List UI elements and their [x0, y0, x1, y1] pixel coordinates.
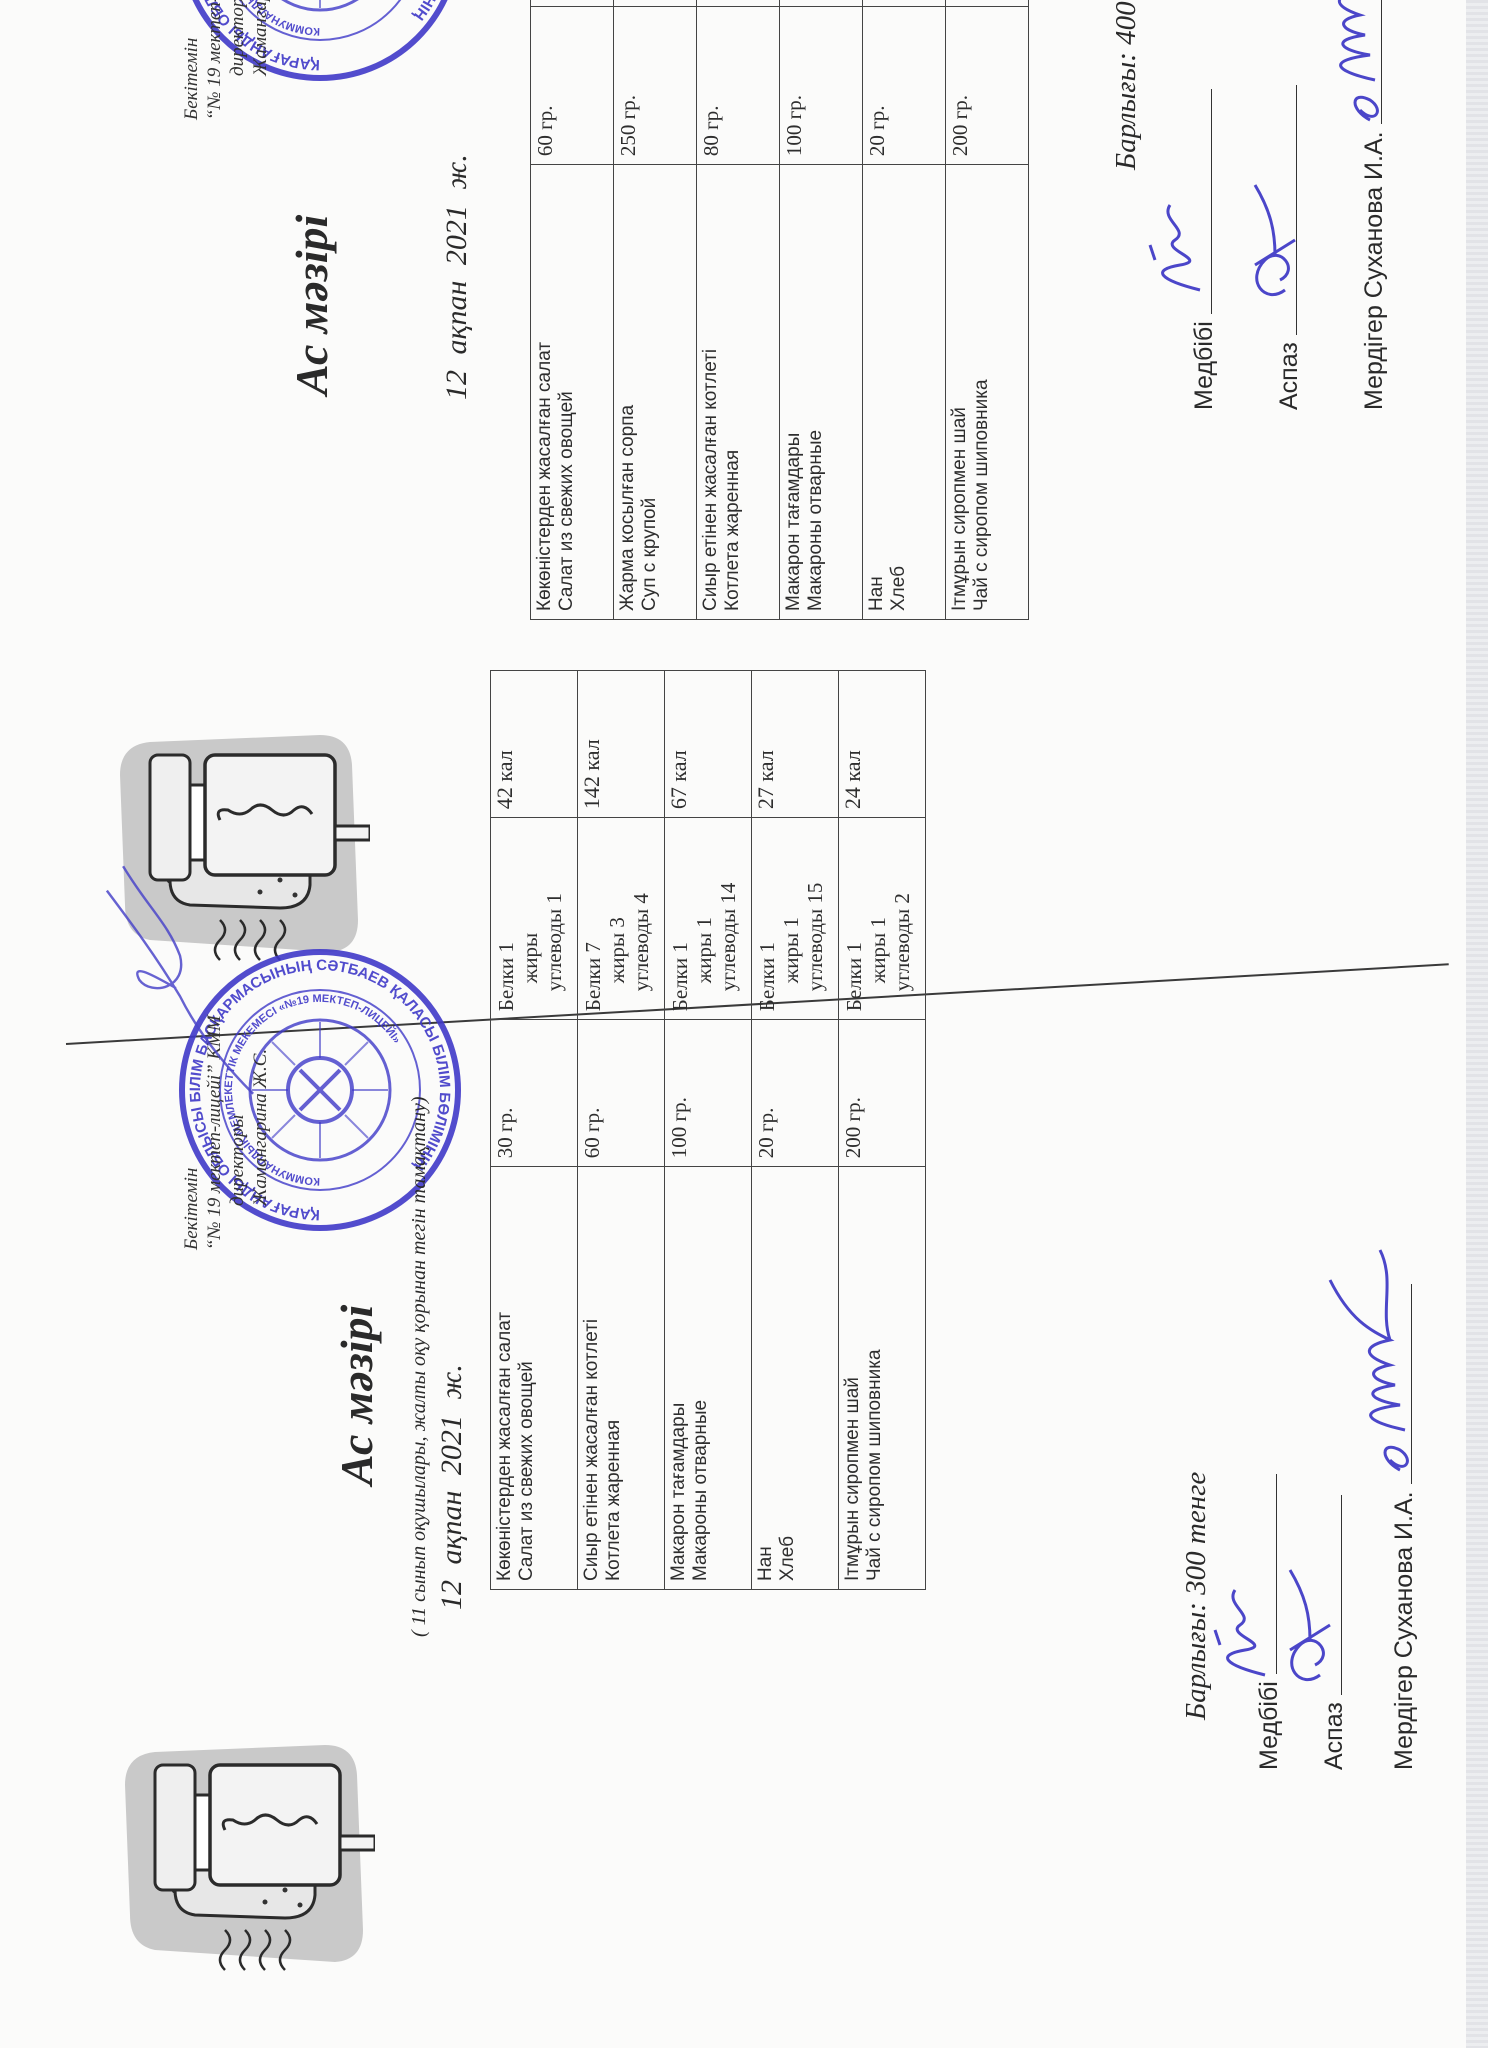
calories-cell: 27 кал: [752, 671, 839, 818]
portion-weight-cell: 250 гр.: [614, 6, 697, 164]
portion-weight-cell: 30 гр.: [491, 1020, 578, 1167]
dish-name-ru: Чай с сиропом шиповника: [864, 1175, 886, 1581]
portion-weight-cell: 100 гр.: [780, 6, 863, 164]
director-signature-icon: [70, 850, 290, 1110]
dish-name-kz: Нан: [755, 1175, 777, 1581]
portion-weight-cell: 200 гр.: [946, 6, 1029, 164]
calories-cell: 142 кал: [578, 671, 665, 818]
portion-weight-cell: 20 гр.: [752, 1020, 839, 1167]
approval-line-school: “№ 19 мектеп-лицейі” КММ: [203, 0, 226, 120]
fat-value: жиры 1: [692, 826, 716, 1011]
dish-name-kz: Нан: [866, 173, 888, 611]
contractor-label: Мердігер Суханова И.А.: [1390, 1491, 1418, 1770]
carbs-value: углеводы 15: [803, 826, 827, 1011]
menu-table-row: Макарон тағамдарыМакароны отварные100 гр…: [780, 0, 863, 620]
cook-label: Аспаз: [1320, 1702, 1348, 1770]
dish-name-ru: Макароны отварные: [690, 1175, 712, 1581]
portion-weight-cell: 60 гр.: [531, 6, 614, 164]
dish-name-kz: Көкөністерден жасалған салат: [534, 173, 556, 611]
protein-value: Белки 1: [755, 826, 779, 1011]
cook-handwritten-signature-icon: [1270, 1565, 1350, 1695]
dish-name-ru: Суп с крупой: [639, 173, 661, 611]
protein-value: Белки 1: [494, 826, 518, 1011]
approval-block: Бекітемін “№ 19 мектеп-лицейі” КММ дирек…: [180, 0, 272, 120]
nutrition-cell: Белки 1жиры 1углеводы 15: [752, 818, 839, 1020]
menu-table: Көкөністерден жасалған салатСалат из све…: [490, 670, 926, 1590]
dish-name-kz: Макарон тағамдары: [668, 1175, 690, 1581]
nutrition-cell: Белки 1жиры 1углеводы 14: [665, 818, 752, 1020]
calories-cell: 67 кал: [665, 671, 752, 818]
dish-name-ru: Салат из свежих овощей: [556, 173, 578, 611]
nutrition-cell: Белки 7жиры 3углеводы 4: [578, 818, 665, 1020]
portion-weight-cell: 20 гр.: [863, 6, 946, 164]
dish-cell: Сиыр етінен жасалған котлетіКотлета жаре…: [697, 165, 780, 620]
nutrition-cell: Белки 1жиры 1углеводы 2: [839, 818, 926, 1020]
approval-line-role: директоры: [226, 0, 249, 120]
menu-title: Ас мәзірі: [285, 215, 338, 395]
calories-cell: 24 кал: [839, 671, 926, 818]
dish-name-kz: Ітмұрын сиропмен шай: [949, 173, 971, 611]
portion-weight-cell: 80 гр.: [697, 6, 780, 164]
fat-value: жиры: [518, 826, 542, 1011]
dish-cell: Макарон тағамдарыМакароны отварные: [780, 165, 863, 620]
nutrition-cell: Белки 7жиры 3углеводы 4: [614, 0, 697, 6]
dish-cell: Көкөністерден жасалған салатСалат из све…: [531, 165, 614, 620]
toaster-clipart-icon: [115, 1740, 375, 1990]
menu-table-row: Ітмұрын сиропмен шайЧай с сиропом шиповн…: [946, 0, 1029, 620]
nurse-label: Медбібі: [1190, 321, 1218, 410]
dish-name-kz: Макарон тағамдары: [783, 173, 805, 611]
menu-table-row: Сиыр етінен жасалған котлетіКотлета жаре…: [578, 671, 665, 1590]
carbs-value: углеводы 2: [890, 826, 914, 1011]
nutrition-cell: Белки 1жирыуглеводы 1: [491, 818, 578, 1020]
carbs-value: углеводы 14: [716, 826, 740, 1011]
menu-table-row: Көкөністерден жасалған салатСалат из све…: [491, 671, 578, 1590]
scan-edge: [1466, 0, 1488, 2048]
menu-table: Көкөністерден жасалған салатСалат из све…: [530, 0, 1029, 620]
menu-table-row: Көкөністерден жасалған салатСалат из све…: [531, 0, 614, 620]
menu-table-row: Макарон тағамдарыМакароны отварные100 гр…: [665, 671, 752, 1590]
protein-value: Белки 1: [668, 826, 692, 1011]
dish-name-ru: Котлета жаренная: [722, 173, 744, 611]
menu-date: 12 ақпан 2021 ж.: [435, 1364, 469, 1610]
protein-value: Белки 1: [842, 826, 866, 1011]
dish-cell: НанХлеб: [863, 165, 946, 620]
dish-cell: Ітмұрын сиропмен шайЧай с сиропом шиповн…: [946, 165, 1029, 620]
dish-name-kz: Ітмұрын сиропмен шай: [842, 1175, 864, 1581]
cook-label: Аспаз: [1275, 342, 1303, 410]
menu-subtitle: ( 11 сынып оқушылары, жалпы оқу қорынан …: [408, 1096, 431, 1637]
dish-cell: Көкөністерден жасалған салатСалат из све…: [491, 1167, 578, 1590]
menu-table-row: НанХлеб20 гр.Белки 1жиры 1углеводы 1527 …: [752, 671, 839, 1590]
portion-weight-cell: 100 гр.: [665, 1020, 752, 1167]
dish-name-kz: Жарма косылған сорпа: [617, 173, 639, 611]
contractor-handwritten-signature-icon: [1320, 1240, 1430, 1480]
dish-cell: Жарма косылған сорпаСуп с крупой: [614, 165, 697, 620]
menu-total-price: Барлығы: 400 тенге: [1110, 0, 1143, 170]
menu-table-row: Сиыр етінен жасалған котлетіКотлета жаре…: [697, 0, 780, 620]
fat-value: жиры 3: [605, 826, 629, 1011]
menu-table-row: НанХлеб20 гр.Белки 1жиры 1углеводы 1527 …: [863, 0, 946, 620]
nutrition-cell: Белки 1жиры 1углеводы 2: [946, 0, 1029, 6]
protein-value: Белки 7: [581, 826, 605, 1011]
nutrition-cell: Белки 7жиры 3углеводы 4: [697, 0, 780, 6]
fat-value: жиры 1: [779, 826, 803, 1011]
dish-name-ru: Хлеб: [777, 1175, 799, 1581]
dish-name-ru: Хлеб: [888, 173, 910, 611]
carbs-value: углеводы 4: [629, 826, 653, 1011]
contractor-label: Мердігер Суханова И.А.: [1360, 131, 1388, 410]
dish-name-ru: Котлета жаренная: [603, 1175, 625, 1581]
approval-line-approve: Бекітемін: [180, 0, 203, 120]
dish-cell: Сиыр етінен жасалған котлетіКотлета жаре…: [578, 1167, 665, 1590]
dish-name-ru: Макароны отварные: [805, 173, 827, 611]
cook-handwritten-signature-icon: [1235, 180, 1315, 310]
dish-name-kz: Көкөністерден жасалған салат: [494, 1175, 516, 1581]
dish-name-ru: Салат из свежих овощей: [516, 1175, 538, 1581]
portion-weight-cell: 200 гр.: [839, 1020, 926, 1167]
menu-table-row: Ітмұрын сиропмен шайЧай с сиропом шиповн…: [839, 671, 926, 1590]
nutrition-cell: Белки 1жирыуглеводы 1: [531, 0, 614, 6]
dish-name-ru: Чай с сиропом шиповника: [971, 173, 993, 611]
dish-cell: НанХлеб: [752, 1167, 839, 1590]
nutrition-cell: Белки 1жиры 1углеводы 14: [780, 0, 863, 6]
dish-name-kz: Сиыр етінен жасалған котлеті: [581, 1175, 603, 1581]
dish-cell: Макарон тағамдарыМакароны отварные: [665, 1167, 752, 1590]
carbs-value: углеводы 1: [542, 826, 566, 1011]
menu-date: 12 ақпан 2021 ж.: [440, 154, 474, 400]
nutrition-cell: Белки 1жиры 1углеводы 15: [863, 0, 946, 6]
portion-weight-cell: 60 гр.: [578, 1020, 665, 1167]
approval-line-director-name: Жамангарина Ж.С.: [249, 0, 272, 120]
dish-cell: Ітмұрын сиропмен шайЧай с сиропом шиповн…: [839, 1167, 926, 1590]
calories-cell: 42 кал: [491, 671, 578, 818]
menu-sheet-lower: ҚАРАҒАНДЫ ОБЛЫСЫ БІЛІМ БАСҚАРМАСЫНЫҢ СӘТ…: [30, 600, 1010, 2040]
nurse-handwritten-signature-icon: [1140, 180, 1220, 300]
fat-value: жиры 1: [866, 826, 890, 1011]
menu-table-row: Жарма косылған сорпаСуп с крупой250 гр.Б…: [614, 0, 697, 620]
contractor-handwritten-signature-icon: [1290, 0, 1400, 130]
dish-name-kz: Сиыр етінен жасалған котлеті: [700, 173, 722, 611]
menu-title: Ас мәзірі: [330, 1305, 383, 1485]
